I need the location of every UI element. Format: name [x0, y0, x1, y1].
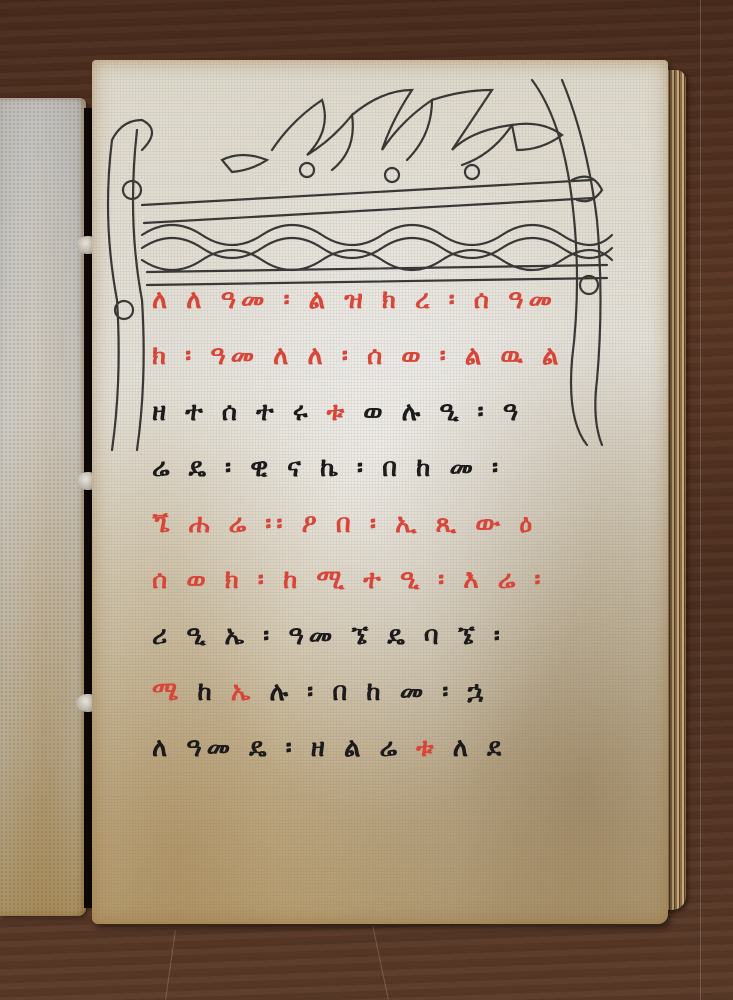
manuscript-page: ለ ለ ዓመ ፡ ል ዝ ክ ረ ፡ ሰ ዓመ ክ ፡ ዓመ ለ ለ ፡ ሰ ወ… [92, 60, 668, 924]
ink-text: ሬ ዴ ፡ ዊ ና ኬ ፡ በ ከ መ ፡ [152, 453, 503, 483]
ink-text: ለ ዓመ ዴ ፡ ዘ ል ሬ [152, 733, 416, 763]
rubric-text: ለ ለ ዓመ ፡ ል ዝ ክ ረ ፡ ሰ ዓመ [152, 285, 557, 315]
table-scratch [372, 926, 389, 1000]
manuscript-line-7: ሪ ዒ ኤ ፡ ዓመ ኜ ዴ ባ ኜ ፡ [152, 608, 572, 664]
red-cross-icon: ቱ [416, 733, 439, 763]
ink-text: ወ ሉ ዒ ፡ ዓ [349, 397, 523, 427]
table-scratch [700, 0, 701, 1000]
table-scratch [165, 930, 176, 999]
manuscript-line-6: ሰ ወ ክ ፡ ከ ሚ ተ ዒ ፡ እ ሬ ፡ [152, 552, 572, 608]
manuscript-line-8: ሜ ከ ኤ ሉ ፡ በ ከ መ ፡ ኋ [152, 664, 572, 720]
rubric-text: ኤ [231, 677, 256, 707]
manuscript-line-1: ለ ለ ዓመ ፡ ል ዝ ክ ረ ፡ ሰ ዓመ [152, 272, 572, 328]
left-facing-page [0, 98, 86, 916]
rubric-text: ጜ ሐ ሬ ፡፡ ዖ በ ፡ ኢ ጺ ው ዕ [152, 509, 537, 539]
manuscript-text-block: ለ ለ ዓመ ፡ ል ዝ ክ ረ ፡ ሰ ዓመ ክ ፡ ዓመ ለ ለ ፡ ሰ ወ… [152, 272, 572, 776]
red-cross-icon: ቱ [327, 397, 350, 427]
ink-text: ለ ደ [439, 733, 507, 763]
ink-text: ሉ ፡ በ ከ መ ፡ ኋ [255, 677, 488, 707]
manuscript-line-9: ለ ዓመ ዴ ፡ ዘ ል ሬ ቱ ለ ደ [152, 720, 572, 776]
ink-text: ዘ ተ ሰ ተ ሩ [152, 397, 327, 427]
rubric-text: ሰ ወ ክ ፡ ከ ሚ ተ ዒ ፡ እ ሬ ፡ [152, 565, 545, 595]
rubric-text: ሜ [152, 677, 183, 707]
manuscript-line-3: ዘ ተ ሰ ተ ሩ ቱ ወ ሉ ዒ ፡ ዓ [152, 384, 572, 440]
manuscript-line-5: ጜ ሐ ሬ ፡፡ ዖ በ ፡ ኢ ጺ ው ዕ [152, 496, 572, 552]
manuscript-line-2: ክ ፡ ዓመ ለ ለ ፡ ሰ ወ ፡ ል ዉ ል [152, 328, 572, 384]
ink-text: ከ [183, 677, 230, 707]
rubric-text: ክ ፡ ዓመ ለ ለ ፡ ሰ ወ ፡ ል ዉ ል [152, 341, 563, 371]
manuscript-line-4: ሬ ዴ ፡ ዊ ና ኬ ፡ በ ከ መ ፡ [152, 440, 572, 496]
ink-text: ሪ ዒ ኤ ፡ ዓመ ኜ ዴ ባ ኜ ፡ [152, 621, 505, 651]
